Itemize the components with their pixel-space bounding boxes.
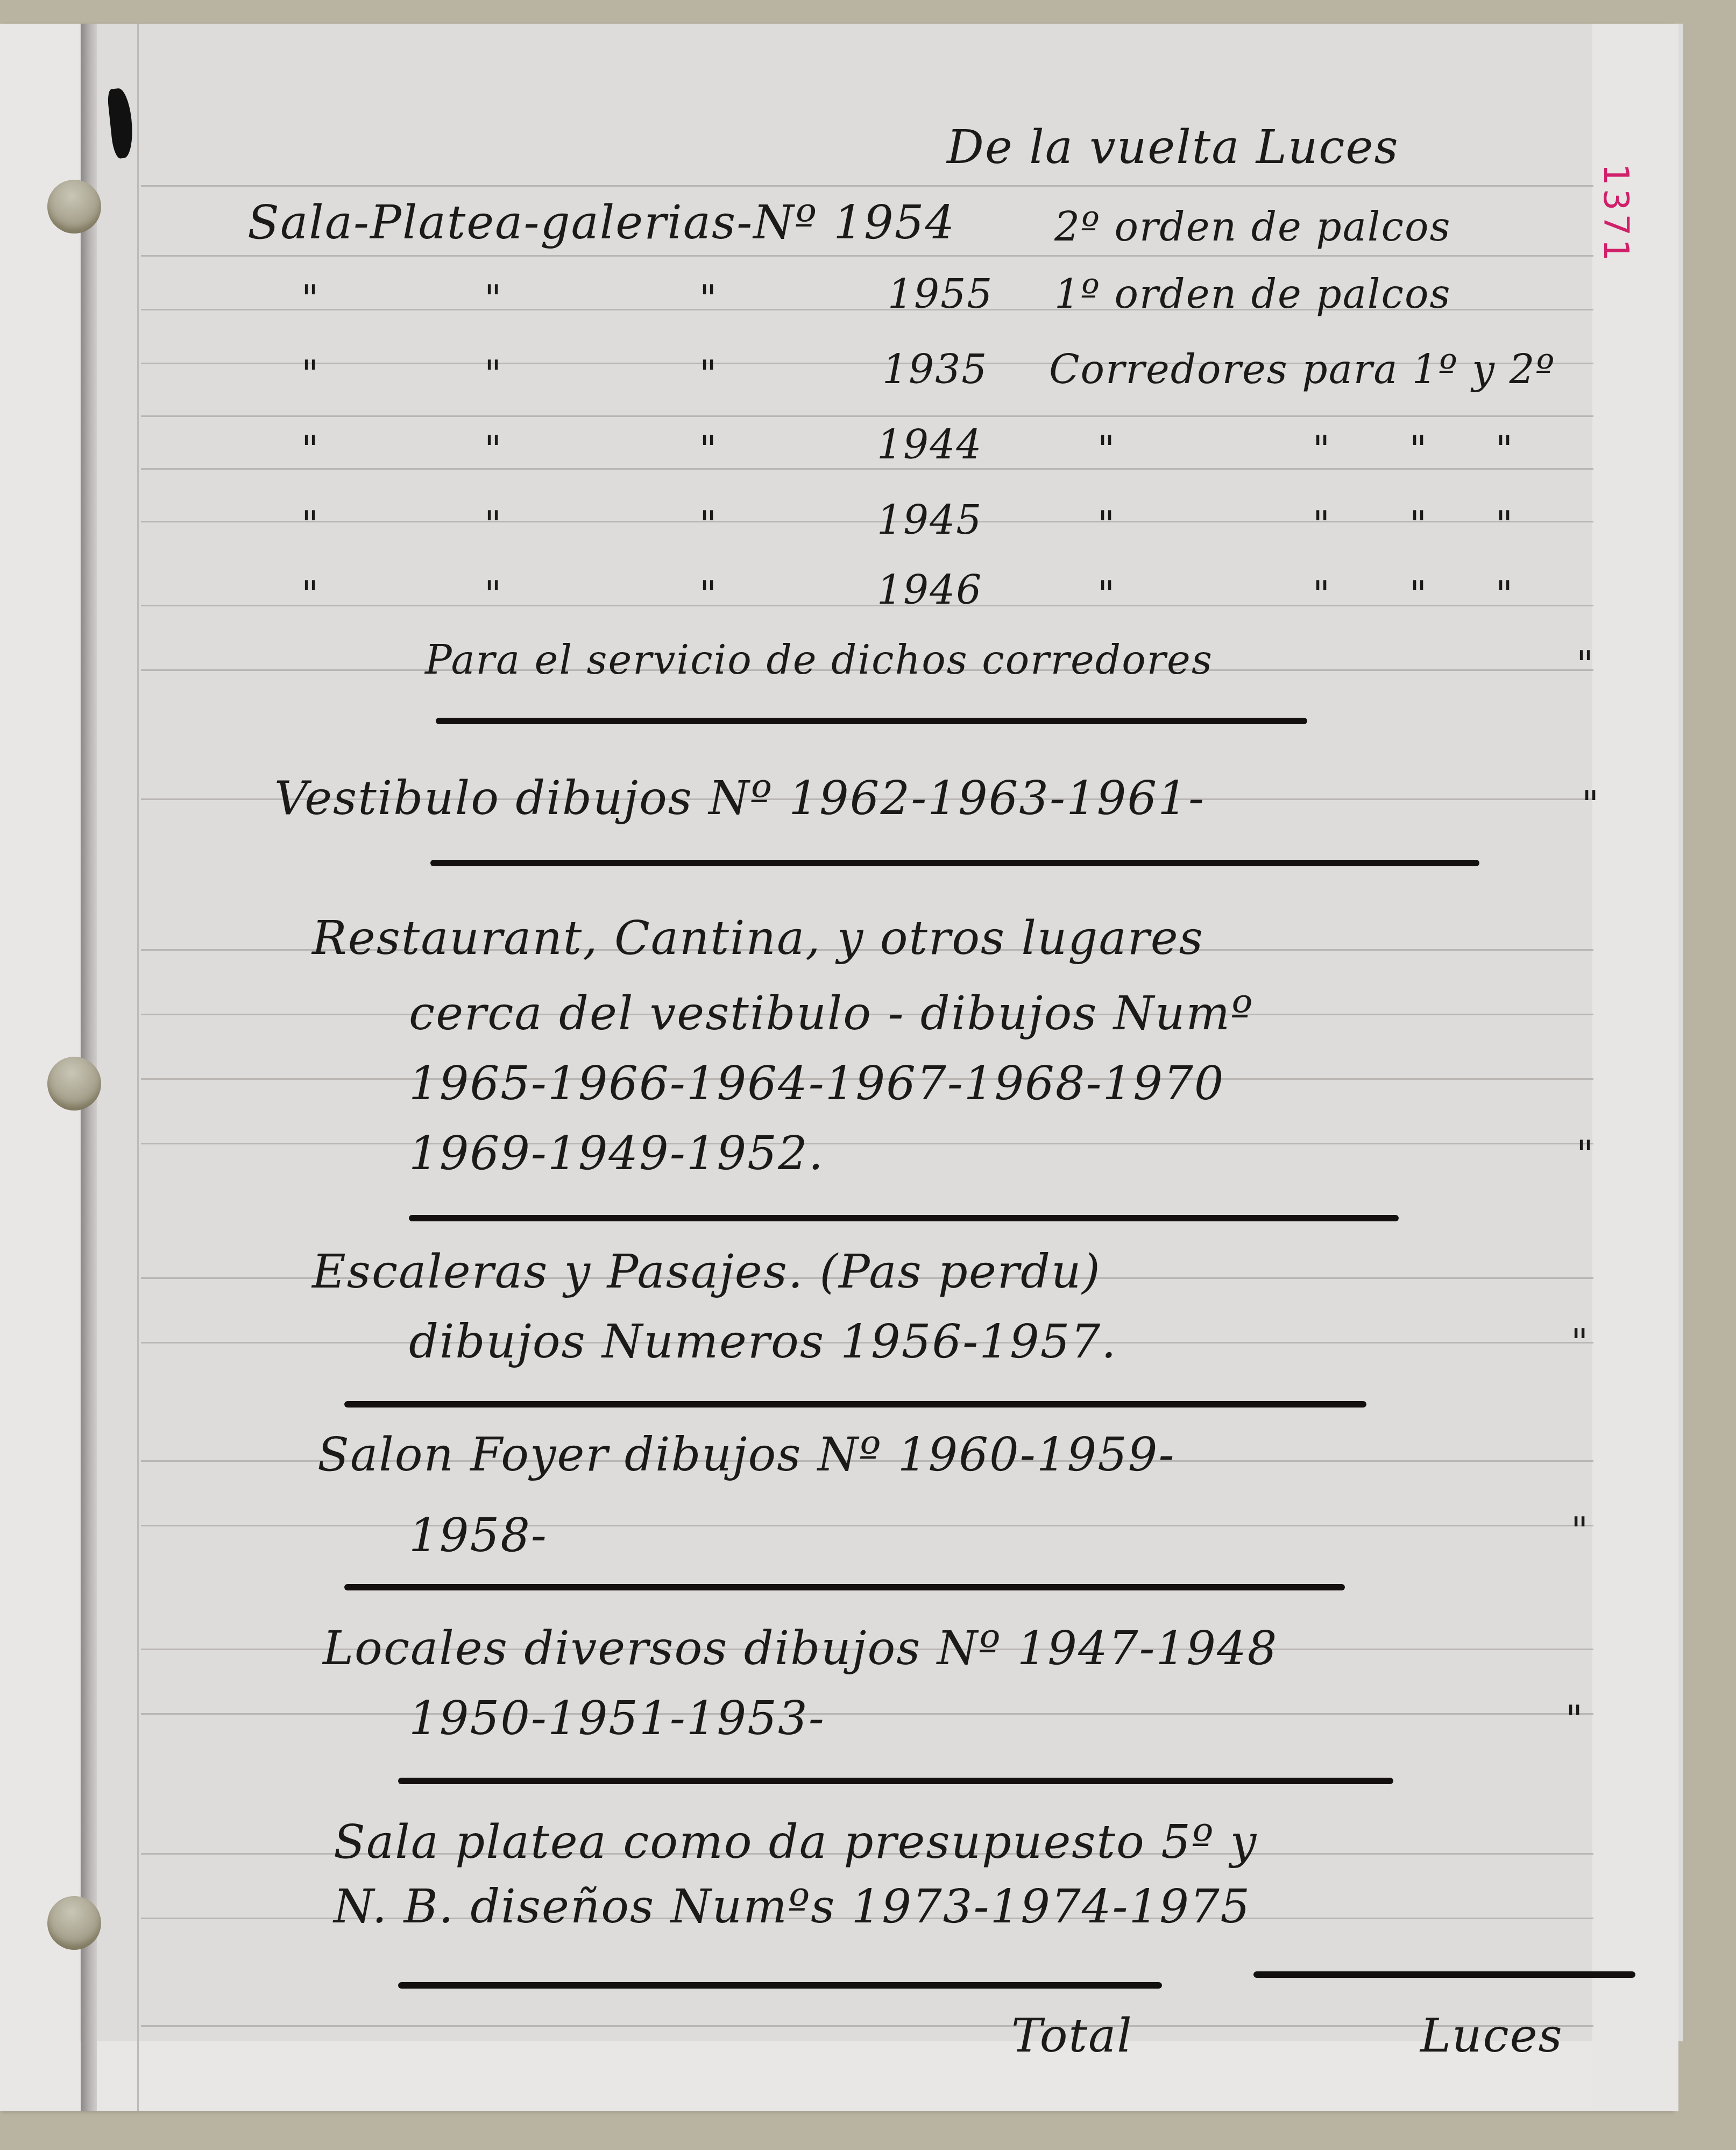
ditto-mark: " — [1571, 1509, 1588, 1553]
ditto-mark: " — [1496, 427, 1513, 471]
section-restaurant-line1: Restaurant, Cantina, y otros lugares — [312, 911, 1204, 965]
section-locales-line1: Locales diversos dibujos Nº 1947-1948 — [323, 1622, 1278, 1675]
total-divider-left — [398, 1982, 1162, 1989]
ditto-mark: " — [1571, 1320, 1588, 1364]
ruled-line — [141, 521, 1593, 522]
paper-sheet: 1371 De la vuelta Luces Sala-Platea-gale… — [0, 24, 1673, 2111]
ditto-mark: " — [1097, 572, 1115, 617]
ruled-line — [141, 468, 1593, 470]
ditto-mark: " — [301, 352, 318, 396]
ditto-mark: " — [1409, 427, 1427, 471]
ditto-mark: " — [301, 427, 318, 471]
ditto-mark: " — [1582, 782, 1599, 826]
header-title: De la vuelta Luces — [947, 121, 1399, 174]
line-1946-number: 1946 — [877, 567, 982, 613]
section-divider — [344, 1584, 1345, 1590]
ditto-mark: " — [484, 503, 501, 547]
ditto-mark: " — [1409, 503, 1427, 547]
ditto-mark: " — [1097, 427, 1115, 471]
line-sala-1954: Sala-Platea-galerias-Nº 1954 — [247, 196, 955, 250]
line-1945-number: 1945 — [877, 497, 982, 543]
ruled-line — [141, 1525, 1593, 1526]
line-1955-note: 1º orden de palcos — [1054, 271, 1451, 317]
total-label: Total — [1011, 2009, 1133, 2063]
section-restaurant-line3: 1965-1966-1964-1967-1968-1970 — [409, 1057, 1224, 1111]
ditto-mark: " — [1409, 572, 1427, 617]
ruled-line — [141, 1713, 1593, 1715]
section-divider — [430, 860, 1479, 866]
total-divider-right — [1253, 1971, 1635, 1978]
binding-hole-bottom — [47, 1896, 101, 1950]
ditto-mark: " — [699, 427, 717, 471]
ditto-mark: " — [699, 352, 717, 396]
section-divider — [436, 718, 1307, 724]
margin-line — [137, 24, 139, 2111]
section-divider — [409, 1215, 1399, 1221]
section-divider — [398, 1778, 1393, 1784]
ruled-line — [141, 605, 1593, 606]
section-sala-platea-line1: Sala platea como da presupuesto 5º y — [334, 1815, 1257, 1869]
section-salon-foyer-line2: 1958- — [409, 1509, 548, 1562]
section-salon-foyer-line1: Salon Foyer dibujos Nº 1960-1959- — [317, 1428, 1175, 1482]
page-number: 1371 — [1596, 164, 1635, 264]
ruled-line — [141, 185, 1593, 187]
ditto-mark: " — [1313, 427, 1330, 471]
ditto-mark: " — [1576, 642, 1593, 687]
binding-hole-middle — [47, 1057, 101, 1111]
ditto-mark: " — [1097, 503, 1115, 547]
section-divider — [344, 1401, 1366, 1408]
ruled-line — [141, 415, 1593, 417]
ditto-mark: " — [1313, 503, 1330, 547]
ditto-mark: " — [699, 503, 717, 547]
ruled-line — [141, 1143, 1593, 1144]
ruled-line — [141, 255, 1593, 257]
ditto-mark: " — [699, 572, 717, 617]
section-restaurant-line4: 1969-1949-1952. — [409, 1127, 824, 1180]
section-escaleras-line1: Escaleras y Pasajes. (Pas perdu) — [312, 1245, 1101, 1299]
ditto-mark: " — [301, 503, 318, 547]
ditto-mark: " — [1496, 503, 1513, 547]
ditto-mark: " — [484, 277, 501, 321]
ditto-mark: " — [301, 572, 318, 617]
ditto-mark: " — [484, 427, 501, 471]
ditto-mark: " — [1576, 1132, 1593, 1176]
line-1935-note: Corredores para 1º y 2º — [1049, 346, 1555, 393]
ditto-mark: " — [1313, 572, 1330, 617]
line-servicio-corredores: Para el servicio de dichos corredores — [425, 637, 1213, 683]
ditto-mark: " — [1496, 572, 1513, 617]
line-sala-1954-note: 2º orden de palcos — [1054, 204, 1451, 250]
section-restaurant-line2: cerca del vestibulo - dibujos Numº — [409, 987, 1253, 1041]
ditto-mark: " — [301, 277, 318, 321]
total-unit: Luces — [1420, 2009, 1563, 2063]
section-escaleras-line2: dibujos Numeros 1956-1957. — [409, 1315, 1117, 1369]
ruled-line — [141, 2025, 1593, 2027]
ditto-mark: " — [484, 572, 501, 617]
section-locales-line2: 1950-1951-1953- — [409, 1692, 825, 1745]
section-sala-platea-line2: N. B. diseños Numºs 1973-1974-1975 — [334, 1880, 1251, 1934]
binding-hole-top — [47, 180, 101, 234]
line-1955-number: 1955 — [888, 271, 993, 317]
line-1935-number: 1935 — [882, 346, 988, 393]
ditto-mark: " — [1565, 1697, 1583, 1741]
ditto-mark: " — [699, 277, 717, 321]
section-vestibulo: Vestibulo dibujos Nº 1962-1963-1961- — [274, 772, 1205, 825]
ditto-mark: " — [484, 352, 501, 396]
line-1944-number: 1944 — [877, 422, 982, 468]
paper-right-margin — [1592, 24, 1678, 2111]
